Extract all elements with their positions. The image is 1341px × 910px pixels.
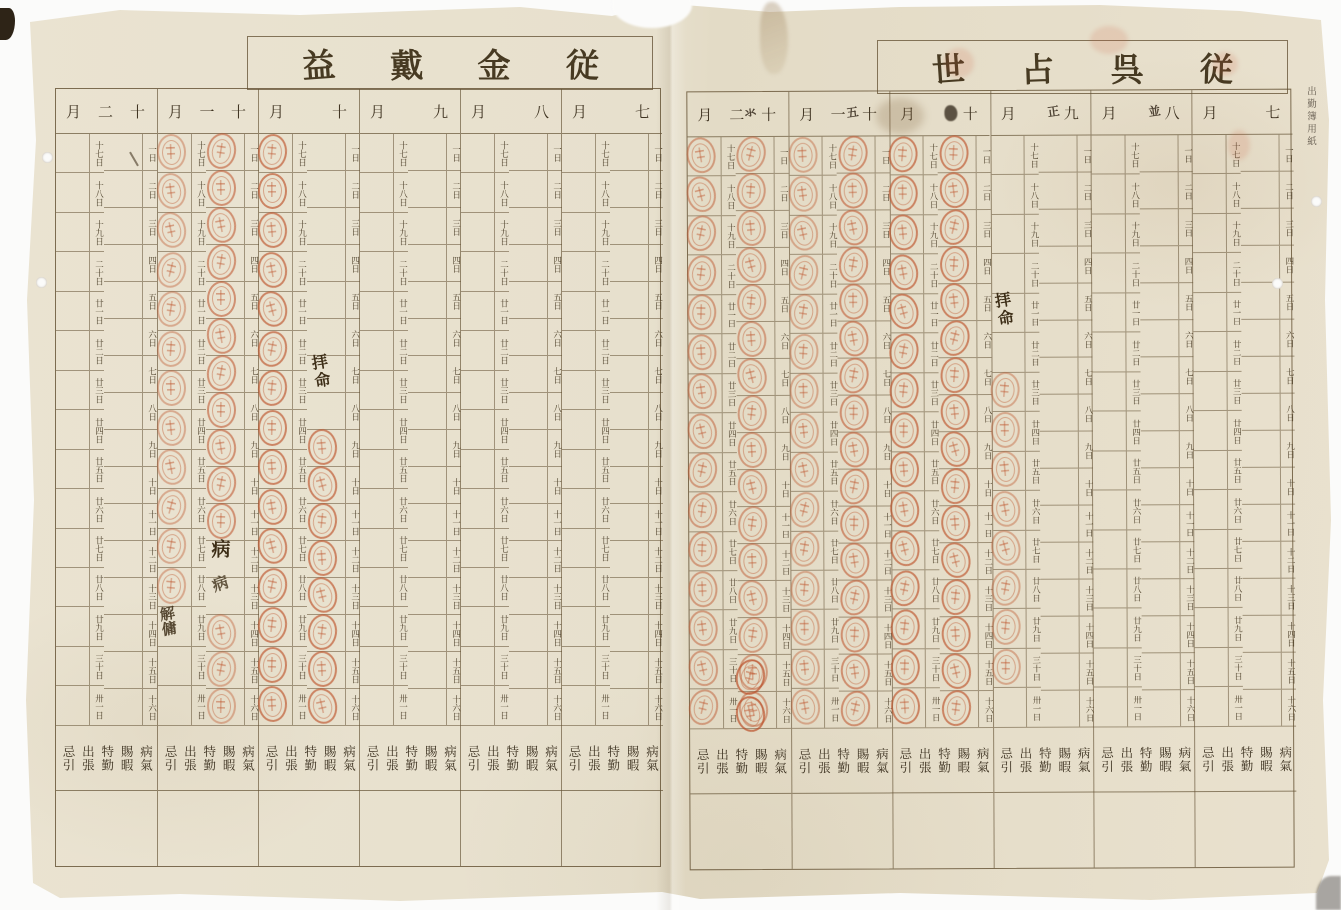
seal-inner (843, 583, 867, 612)
seal-inner (894, 377, 915, 404)
day-cell: 十二日 (1141, 542, 1194, 579)
day-label: 十七日 (292, 134, 307, 172)
day-cell: 十六日 (610, 689, 663, 726)
seal-inner (160, 296, 183, 324)
day-cell: 廿九日 (1094, 609, 1142, 649)
day-cell: 卅一日 (461, 686, 509, 725)
day-cell: 五日 (1039, 284, 1092, 321)
stamp-zone (1241, 320, 1279, 356)
day-cell: 二日 (307, 171, 360, 208)
seal-inner (741, 214, 762, 241)
day-label: 十日 (775, 470, 790, 506)
day-label: 廿九日 (191, 607, 206, 645)
attendance-seal (207, 169, 237, 206)
stamp-zone (1194, 530, 1227, 569)
stamp-zone (1195, 608, 1228, 647)
day-cell: 十七日 (991, 136, 1039, 176)
category-label: 賜暇 (323, 745, 336, 772)
seal-inner (261, 612, 283, 639)
day-label: 三日 (976, 210, 991, 246)
seal-inner (210, 469, 234, 497)
day-label: 九日 (1078, 432, 1093, 468)
grey-corner (1316, 876, 1341, 910)
seal-inner (311, 691, 335, 720)
category-label: 病氣 (342, 745, 355, 772)
month-header-char: 七 (635, 101, 652, 122)
stamp-zone (1039, 247, 1077, 283)
day-label: 十七日 (1124, 135, 1139, 174)
day-label: 二日 (875, 173, 890, 209)
title-character: 従 (565, 39, 600, 87)
stamp-zone (1039, 210, 1077, 246)
day-label: 三日 (142, 208, 157, 244)
day-cell: 廿六日 (562, 489, 610, 528)
day-cell: 十四日 (1041, 617, 1094, 654)
day-cell: 二日 (408, 171, 461, 208)
day-cell: 廿六日 (360, 489, 408, 528)
day-label: 廿七日 (89, 529, 104, 567)
stamp-zone (1240, 172, 1278, 208)
day-cell: 廿四日 (1194, 411, 1242, 451)
stamp-zone (408, 171, 446, 207)
stamp-zone (1140, 357, 1178, 393)
day-label: 十一日 (345, 504, 360, 540)
day-label: 六日 (244, 319, 259, 355)
stamp-zone (1040, 395, 1078, 431)
day-label: 二十日 (721, 255, 736, 294)
day-label: 廿一日 (494, 292, 509, 330)
category-label: 忌引 (567, 745, 580, 772)
seal-inner (159, 216, 183, 244)
stamp-zone (360, 331, 393, 369)
category-label: 賜暇 (1259, 745, 1272, 772)
seal-inner (895, 418, 914, 443)
stamp-zone (610, 615, 648, 651)
day-label: 廿五日 (1227, 451, 1242, 490)
day-label: 廿八日 (722, 571, 737, 610)
day-label: 廿六日 (1025, 491, 1040, 530)
stamp-zone (1140, 394, 1178, 430)
day-cell: 十八日 (360, 173, 408, 212)
stamp-zone (1140, 320, 1178, 356)
day-label: 三十日 (1127, 648, 1142, 687)
punch-hole (1272, 278, 1283, 289)
category-label: 賜暇 (956, 747, 969, 774)
day-grid-17-31: 十七日十八日十九日二十日廿一日廿二日廿三日廿四日廿五日廿六日廿七日廿八日廿九日三… (461, 134, 509, 726)
day-label: 廿二日 (924, 333, 939, 372)
day-cell: 七日 (104, 356, 157, 393)
day-label: 二十日 (595, 252, 610, 290)
seal-inner (691, 693, 715, 722)
seal-inner (842, 324, 865, 352)
day-cell: 廿二日 (992, 333, 1040, 373)
day-label: 廿二日 (393, 331, 408, 369)
stamp-zone (360, 292, 393, 330)
stamp-zone (56, 292, 89, 330)
stamp-zone (1041, 691, 1079, 727)
day-label: 十一日 (1078, 506, 1093, 542)
stamp-zone (307, 134, 345, 170)
month-header: 月二十 (56, 89, 157, 134)
seal-inner (843, 435, 866, 463)
day-label: 廿七日 (393, 529, 408, 567)
day-cell: 十二日 (1242, 542, 1295, 579)
day-cell: 十八日 (562, 173, 610, 212)
category-label: 出張 (486, 745, 499, 772)
month-header: 月十 (259, 89, 359, 134)
category-label: 賜暇 (525, 745, 538, 772)
stamp-zone (1194, 451, 1227, 490)
category-label: 忌引 (898, 747, 911, 774)
month-header-char: 月 (1203, 101, 1220, 122)
seal-inner (742, 325, 763, 351)
day-cell: 十一日 (1141, 505, 1194, 542)
day-label: 十一日 (142, 504, 157, 540)
day-label: 廿二日 (595, 331, 610, 369)
stamp-zone (509, 171, 547, 207)
stamp-zone (408, 541, 446, 577)
day-label: 十四日 (244, 615, 259, 651)
attendance-seal (839, 394, 868, 430)
seal-inner (741, 288, 762, 315)
day-cell: 十五日 (104, 652, 157, 689)
day-label: 二日 (976, 173, 991, 209)
day-label: 廿九日 (925, 610, 940, 649)
day-label: 二日 (345, 171, 360, 207)
day-label: 卅一日 (1228, 687, 1243, 726)
stamp-zone (1194, 490, 1227, 529)
stamp-zone (1093, 451, 1126, 490)
seal-inner (844, 289, 863, 314)
day-label: 廿七日 (1025, 530, 1040, 569)
stamp-zone (610, 689, 648, 725)
day-label: 十五日 (978, 654, 993, 690)
month-header: 月九 (360, 89, 460, 134)
month-header-char: 月 (168, 101, 185, 122)
seal-inner (843, 472, 867, 500)
month-header-char: 十 (963, 103, 980, 124)
day-label: 廿七日 (292, 529, 307, 567)
day-label: 廿五日 (924, 452, 939, 491)
seal-inner (893, 141, 914, 167)
category-label: 賜暇 (424, 745, 437, 772)
attendance-seal (207, 281, 236, 317)
stamp-zone (307, 319, 345, 355)
day-cell: 四日 (104, 245, 157, 282)
day-cell: 三十日 (1094, 648, 1142, 688)
day-label: 廿三日 (494, 371, 509, 409)
day-label: 四日 (1279, 246, 1294, 282)
seal-inner (945, 472, 966, 499)
day-label: 十日 (1078, 469, 1093, 505)
day-label: 七日 (1078, 358, 1093, 394)
day-label: 十四日 (1180, 616, 1195, 652)
day-label: 廿四日 (191, 410, 206, 448)
month-header: 月九 (991, 91, 1091, 136)
seal-inner (845, 510, 865, 536)
category-row: 忌引出張特勤賜暇病氣 (56, 726, 157, 791)
seal-inner (844, 657, 866, 684)
seal-inner (742, 621, 765, 649)
day-cell: 十八日 (461, 173, 509, 212)
stamp-zone (610, 134, 648, 170)
day-cell: 六日 (1039, 321, 1092, 358)
day-cell: 五日 (1241, 283, 1294, 320)
day-label: 廿四日 (292, 410, 307, 448)
day-cell: 廿八日 (360, 568, 408, 607)
day-cell: 十九日 (1193, 214, 1241, 254)
day-label: 三十日 (191, 647, 206, 685)
day-cell: 八日 (307, 393, 360, 430)
stamp-zone (1041, 617, 1079, 653)
page-title-left: 益戴金従 (247, 36, 653, 90)
seal-inner (944, 140, 964, 166)
seal-inner (262, 691, 282, 717)
day-label: 三十日 (292, 647, 307, 685)
day-cell: 廿七日 (360, 529, 408, 568)
day-label: 十三日 (1280, 579, 1295, 615)
seal-inner (896, 693, 916, 719)
stamp-zone (1094, 648, 1127, 687)
stamp-zone (56, 529, 89, 567)
stamp-zone (360, 607, 393, 645)
day-label: 廿六日 (1126, 490, 1141, 529)
day-label: 三日 (1279, 209, 1294, 245)
stamp-zone (509, 319, 547, 355)
seal-inner (162, 376, 181, 401)
stamp-zone (1194, 332, 1227, 371)
seal-inner (793, 141, 813, 167)
day-label: 十二日 (547, 541, 562, 577)
stamp-zone (509, 134, 547, 170)
stamp-zone (1041, 654, 1079, 690)
day-cell: 三日 (610, 208, 663, 245)
stamp-zone (56, 647, 89, 685)
day-cell: 廿二日 (1194, 332, 1242, 372)
stamp-zone (1093, 490, 1126, 529)
day-cell: 七日 (1140, 357, 1193, 394)
day-cell: 十五日 (509, 652, 562, 689)
day-label: 七日 (244, 356, 259, 392)
day-cell: 三日 (1140, 209, 1193, 246)
month-header: 月七 (1192, 90, 1292, 135)
day-label: 十五日 (1079, 654, 1094, 690)
day-label: 廿一日 (89, 292, 104, 330)
seal-inner (690, 260, 712, 287)
seal-inner (893, 534, 918, 563)
seal-inner (161, 336, 182, 362)
day-label: 六日 (1178, 320, 1193, 356)
day-cell: 一日 (307, 134, 360, 171)
day-label: 十七日 (822, 137, 837, 176)
day-label: 廿一日 (1125, 293, 1140, 332)
stamp-zone (1242, 468, 1280, 504)
day-label: 十七日 (89, 134, 104, 172)
day-label: 廿四日 (721, 413, 736, 452)
seal-inner (995, 377, 1016, 403)
month-header: 月八 (1092, 90, 1192, 135)
stamp-zone (360, 489, 393, 527)
seal-inner (893, 337, 916, 365)
stamp-zone (104, 652, 142, 688)
day-label: 十二日 (775, 544, 790, 580)
day-cell: 廿四日 (461, 410, 509, 449)
day-cell: 廿九日 (360, 607, 408, 646)
category-row: 忌引出張特勤賜暇病氣 (690, 729, 791, 794)
stamp-zone (610, 208, 648, 244)
month-header-char: 八 (534, 101, 551, 122)
stamp-zone (1094, 688, 1127, 727)
day-cell: 卅一日 (158, 686, 206, 725)
day-cell: 十四日 (1242, 616, 1295, 653)
day-cell: 廿七日 (1194, 529, 1242, 569)
category-row: 忌引出張特勤賜暇病氣 (259, 726, 360, 791)
day-label: 十三日 (446, 578, 461, 614)
stamp-zone (509, 652, 547, 688)
day-label: 九日 (446, 430, 461, 466)
stamp-zone (1092, 135, 1125, 174)
day-label: 九日 (1179, 431, 1194, 467)
category-label: 特勤 (734, 748, 747, 775)
month-header-char: 月 (1102, 102, 1119, 123)
day-label: 卅一日 (393, 686, 408, 724)
day-cell: 三日 (408, 208, 461, 245)
category-label: 忌引 (264, 745, 277, 772)
stamp-zone (610, 504, 648, 540)
day-label: 七日 (1178, 357, 1193, 393)
day-label: 一日 (142, 134, 157, 170)
seal-inner (791, 258, 815, 287)
day-cell: 廿二日 (360, 331, 408, 370)
stamp-zone (1242, 542, 1280, 578)
seal-inner (160, 414, 182, 441)
day-label: 三日 (773, 211, 788, 247)
day-label: 十二日 (446, 541, 461, 577)
month-column: 月七十七日十八日十九日二十日廿一日廿二日廿三日廿四日廿五日廿六日廿七日廿八日廿九… (1191, 90, 1295, 867)
day-label: 四日 (774, 248, 789, 284)
day-label: 六日 (345, 319, 360, 355)
day-label: 八日 (345, 393, 360, 429)
day-cell: 三日 (1240, 209, 1293, 246)
stamp-zone (610, 319, 648, 355)
day-label: 五日 (142, 282, 157, 318)
category-label: 賜暇 (1057, 746, 1070, 773)
day-label: 八日 (648, 393, 663, 429)
day-label: 十九日 (1024, 215, 1039, 254)
stamp-zone (610, 282, 648, 318)
stamp-zone (1093, 333, 1126, 372)
day-label: 六日 (547, 319, 562, 355)
day-cell: 二日 (104, 171, 157, 208)
day-label: 廿六日 (191, 489, 206, 527)
month-column: 月二十氺十七日十八日十九日二十日廿一日廿二日廿三日廿四日廿五日廿六日廿七日廿八日… (687, 92, 791, 869)
day-cell: 十三日 (104, 578, 157, 615)
seal-inner (691, 339, 711, 365)
day-cell: 廿一日 (1193, 293, 1241, 333)
stamp-zone (509, 282, 547, 318)
category-label: 賜暇 (855, 747, 868, 774)
stamp-zone (408, 282, 446, 318)
day-cell: 十七日 (461, 134, 509, 173)
seal-inner (263, 178, 282, 203)
title-character: 占 (1021, 43, 1056, 91)
day-cell: 十日 (1040, 469, 1093, 506)
day-cell: 廿一日 (1093, 293, 1141, 333)
seal-inner (892, 297, 917, 326)
day-label: 廿六日 (924, 491, 939, 530)
day-label: 廿九日 (494, 607, 509, 645)
day-grid-17-31: 十七日十八日十九日二十日廿一日廿二日廿三日廿四日廿五日廿六日廿七日廿八日廿九日三… (1092, 135, 1142, 727)
stamp-zone (1193, 135, 1226, 174)
stamp-zone (461, 173, 494, 211)
category-label: 出張 (385, 745, 398, 772)
seal-inner (692, 300, 712, 326)
day-cell: 二十日 (56, 252, 104, 291)
category-row: 忌引出張特勤賜暇病氣 (893, 728, 994, 793)
seal-inner (845, 621, 865, 647)
day-cell: 廿八日 (1094, 569, 1142, 609)
day-label: 二十日 (1226, 253, 1241, 292)
day-cell: 廿四日 (562, 410, 610, 449)
stamp-zone (562, 134, 595, 172)
day-label: 三十日 (494, 647, 509, 685)
category-label: 賜暇 (754, 747, 767, 774)
seal-inner (894, 456, 915, 482)
seal-inner (260, 295, 285, 324)
stamp-zone (1193, 253, 1226, 292)
day-cell: 十三日 (610, 578, 663, 615)
seal-inner (994, 534, 1019, 563)
day-cell: 三十日 (461, 647, 509, 686)
day-label: 廿三日 (1226, 372, 1241, 411)
stamp-zone (1241, 394, 1279, 430)
month-header-char: 八 (1164, 102, 1181, 123)
seal-inner (159, 255, 183, 284)
day-label: 二十日 (1125, 254, 1140, 293)
seal-inner (261, 335, 284, 363)
day-label: 十五日 (244, 652, 259, 688)
day-cell: 廿八日 (461, 568, 509, 607)
seal-inner (212, 286, 231, 311)
seal-inner (310, 580, 334, 609)
stamp-zone (509, 541, 547, 577)
seal-inner (312, 433, 333, 460)
day-cell: 二日 (1240, 172, 1293, 209)
day-cell: 九日 (1241, 431, 1294, 468)
day-label: 十四日 (1280, 616, 1295, 652)
stamp-zone (461, 686, 494, 724)
stamp-zone (56, 252, 89, 290)
stamp-zone (104, 541, 142, 577)
stamp-zone (408, 467, 446, 503)
stamp-zone (992, 254, 1025, 293)
stamp-zone (610, 393, 648, 429)
stamp-zone (1241, 246, 1279, 282)
month-column: 月九十七日十八日十九日二十日廿一日廿二日廿三日廿四日廿五日廿六日廿七日廿八日廿九… (359, 89, 460, 866)
category-label: 出張 (715, 748, 728, 775)
day-label: 十八日 (393, 173, 408, 211)
stamp-zone (56, 371, 89, 409)
day-cell: 十日 (509, 467, 562, 504)
stamp-zone (104, 689, 142, 725)
day-cell: 十一日 (610, 504, 663, 541)
red-smudge (944, 48, 974, 78)
seal-inner (692, 536, 712, 562)
category-label: 特勤 (303, 745, 316, 772)
stamp-zone (610, 467, 648, 503)
day-label: 三日 (1077, 210, 1092, 246)
stamp-zone (562, 647, 595, 685)
